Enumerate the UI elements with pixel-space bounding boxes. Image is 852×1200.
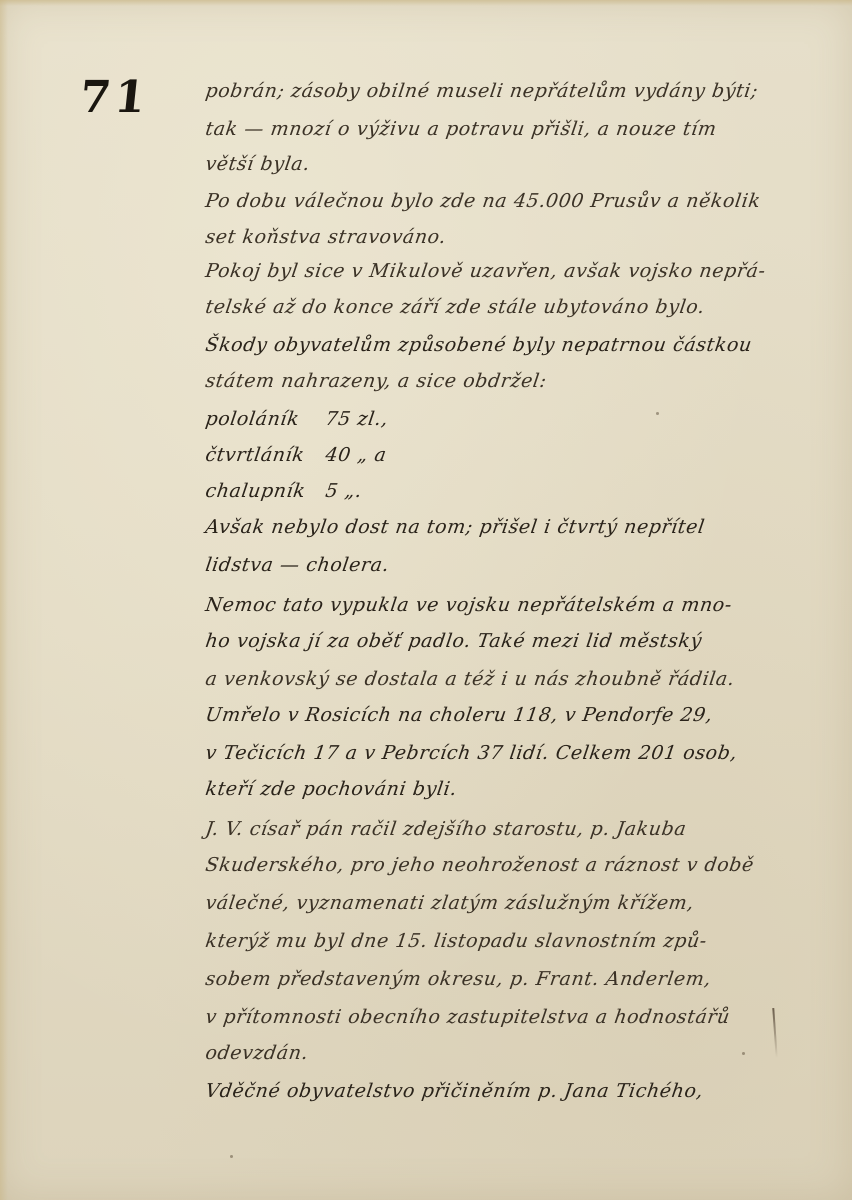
compensation-role: čtvrtláník xyxy=(204,444,327,466)
text-line-12: Nemoc tato vypukla ve vojsku nepřátelské… xyxy=(204,594,733,616)
folio-number: 71 xyxy=(77,72,152,123)
text-line-21: kterýž mu byl dne 15. listopadu slavnost… xyxy=(204,930,708,952)
page-edge-top xyxy=(0,0,852,6)
ink-stroke-mark xyxy=(772,1008,777,1058)
manuscript-page: 71 pobrán; zásoby obilné museli nepřátel… xyxy=(0,0,852,1200)
ink-speck xyxy=(742,1052,745,1055)
text-line-9: státem nahrazeny, a sice obdržel: xyxy=(204,370,548,392)
compensation-row-2: čtvrtláník40 „ a xyxy=(204,444,388,466)
text-line-4: Po dobu válečnou bylo zde na 45.000 Prus… xyxy=(204,190,762,212)
compensation-row-1: pololáník75 zl., xyxy=(204,408,390,430)
compensation-row-3: chalupník5 „. xyxy=(204,480,364,502)
text-line-18: J. V. císař pán račil zdejšího starostu,… xyxy=(204,818,688,840)
text-line-8: Škody obyvatelům způsobené byly nepatrno… xyxy=(204,334,754,356)
text-line-11: lidstva — cholera. xyxy=(204,554,391,576)
text-line-10: Avšak nebylo dost na tom; přišel i čtvrt… xyxy=(204,516,706,538)
text-line-14: a venkovský se dostala a též i u nás zho… xyxy=(204,668,736,690)
compensation-amount: 75 zl., xyxy=(324,408,390,430)
text-line-15: Umřelo v Rosicích na choleru 118, v Pend… xyxy=(204,704,714,726)
text-line-5: set koňstva stravováno. xyxy=(204,226,448,248)
text-line-20: válečné, vyznamenati zlatým záslužným kř… xyxy=(204,892,696,914)
text-line-16: v Tečicích 17 a v Pebrcích 37 lidí. Celk… xyxy=(204,742,739,764)
ink-speck xyxy=(230,1155,233,1158)
page-edge-left xyxy=(0,0,8,1200)
text-line-22: sobem představeným okresu, p. Frant. And… xyxy=(204,968,713,990)
text-line-1: pobrán; zásoby obilné museli nepřátelům … xyxy=(204,80,760,102)
compensation-amount: 40 „ a xyxy=(324,444,388,466)
text-line-13: ho vojska jí za oběť padlo. Také mezi li… xyxy=(204,630,703,652)
text-line-6: Pokoj byl sice v Mikulově uzavřen, avšak… xyxy=(204,260,767,282)
text-line-19: Skuderského, pro jeho neohroženost a ráz… xyxy=(204,854,755,876)
compensation-role: chalupník xyxy=(204,480,327,502)
compensation-amount: 5 „. xyxy=(324,480,364,502)
text-line-7: telské až do konce září zde stále ubytov… xyxy=(204,296,706,318)
text-line-2: tak — mnozí o výživu a potravu přišli, a… xyxy=(204,118,718,140)
text-line-17: kteří zde pochováni byli. xyxy=(204,778,459,800)
text-line-23: v přítomnosti obecního zastupitelstva a … xyxy=(204,1006,732,1028)
ink-speck xyxy=(656,412,659,415)
text-line-24: odevzdán. xyxy=(204,1042,310,1064)
text-line-25: Vděčné obyvatelstvo přičiněním p. Jana T… xyxy=(204,1080,705,1102)
compensation-role: pololáník xyxy=(204,408,327,430)
text-line-3: větší byla. xyxy=(204,153,312,175)
